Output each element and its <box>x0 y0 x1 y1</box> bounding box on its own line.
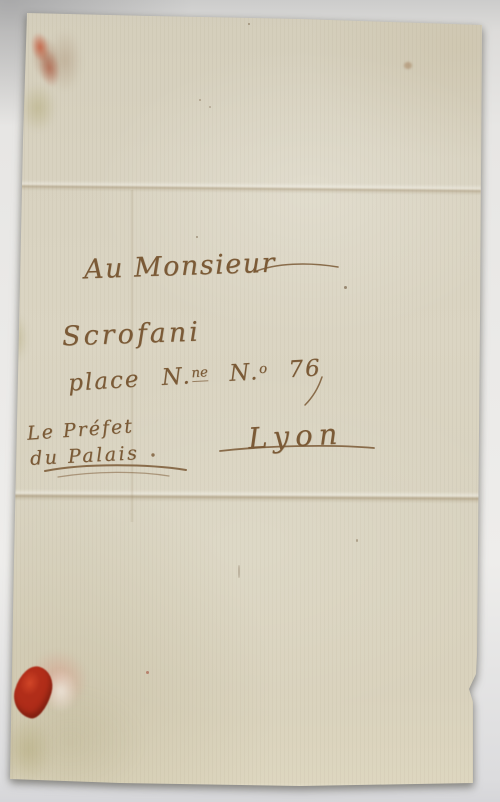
address-line-name: Scrofani <box>62 317 202 353</box>
street-abbr2-superscript: o <box>259 362 268 377</box>
letter-paper: Au Monsieur Scrofani place N.ne N.o 76 L… <box>0 0 500 802</box>
address-city: Lyon <box>247 417 344 456</box>
street-abbr1-superscript: ne <box>191 365 208 382</box>
paper-speck <box>428 18 431 21</box>
ink-flourishes <box>0 0 500 802</box>
street-number: 76 <box>288 355 323 383</box>
paper-shadow-wrap: Au Monsieur Scrofani place N.ne N.o 76 L… <box>0 0 500 802</box>
street-word: place <box>67 366 141 396</box>
street-abbr2: N. <box>229 359 261 387</box>
street-abbr1: N. <box>161 363 193 391</box>
photo-background: Au Monsieur Scrofani place N.ne N.o 76 L… <box>0 0 500 802</box>
paper-speck <box>256 14 259 17</box>
